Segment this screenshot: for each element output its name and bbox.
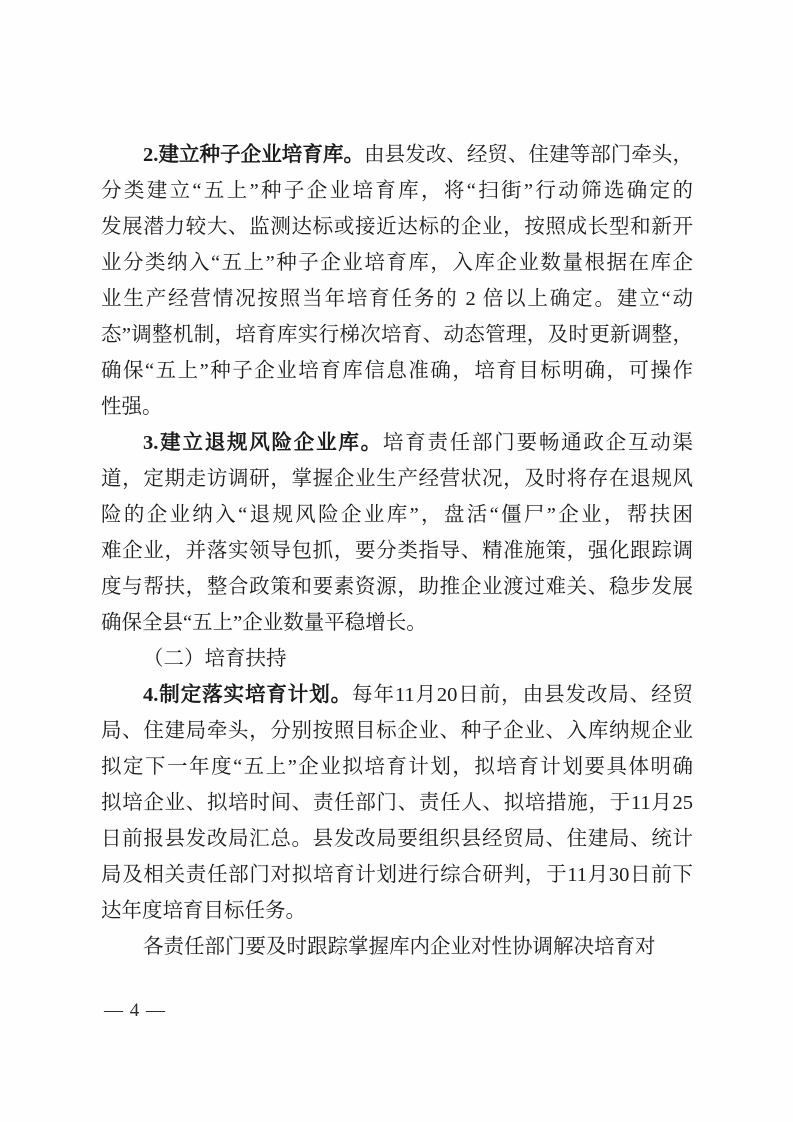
text-line: 2.建立种子企业培育库。由县发改、经贸、住建等部门牵头，: [101, 137, 693, 173]
text-run: 难企业，并落实领导包抓，要分类指导、精准施策，强化跟踪调: [101, 540, 693, 562]
text-line: 性强。: [101, 389, 693, 425]
text-line: 达年度培育目标任务。: [101, 893, 693, 929]
text-run: 各责任部门要及时跟踪掌握库内企业对性协调解决培育对: [143, 936, 656, 958]
text-line: 业生产经营情况按照当年培育任务的 2 倍以上确定。建立“动: [101, 281, 693, 317]
text-run: 培育责任部门要畅通政企互动渠: [383, 432, 693, 454]
text-run: 确保“五上”种子企业培育库信息准确，培育目标明确，可操作: [101, 360, 693, 382]
text-line: 态”调整机制，培育库实行梯次培育、动态管理，及时更新调整，: [101, 317, 693, 353]
document-page: 2.建立种子企业培育库。由县发改、经贸、住建等部门牵头， 分类建立“五上”种子企…: [0, 0, 793, 1122]
text-line: 各责任部门要及时跟踪掌握库内企业对性协调解决培育对: [101, 929, 693, 965]
text-line: 发展潜力较大、监测达标或接近达标的企业，按照成长型和新开: [101, 209, 693, 245]
text-run: 拟培企业、拟培时间、责任部门、责任人、拟培措施，于11月25: [101, 792, 693, 814]
text-run: 态”调整机制，培育库实行梯次培育、动态管理，及时更新调整，: [101, 324, 693, 346]
text-run: 由县发改、经贸、住建等部门牵头，: [364, 144, 693, 166]
text-run: 日前报县发改局汇总。县发改局要组织县经贸局、住建局、统计: [101, 828, 693, 850]
text-line: 险的企业纳入“退规风险企业库”，盘活“僵尸”企业，帮扶困: [101, 497, 693, 533]
bold-run: 4.制定落实培育计划。: [143, 684, 352, 706]
text-run: 每年11月20日前，由县发改局、经贸: [352, 684, 693, 706]
text-run: 道，定期走访调研，掌握企业生产经营状况，及时将存在退规风: [101, 468, 693, 490]
text-line: 分类建立“五上”种子企业培育库，将“扫街”行动筛选确定的: [101, 173, 693, 209]
text-line: 度与帮扶，整合政策和要素资源，助推企业渡过难关、稳步发展: [101, 569, 693, 605]
text-line: 道，定期走访调研，掌握企业生产经营状况，及时将存在退规风: [101, 461, 693, 497]
text-run: 性强。: [101, 396, 163, 418]
text-run: （二）培育扶持: [143, 648, 287, 670]
text-line: 4.制定落实培育计划。每年11月20日前，由县发改局、经贸: [101, 677, 693, 713]
text-line: 确保全县“五上”企业数量平稳增长。: [101, 605, 693, 641]
text-run: 业生产经营情况按照当年培育任务的 2 倍以上确定。建立“动: [101, 288, 693, 310]
text-run: 确保全县“五上”企业数量平稳增长。: [101, 612, 427, 634]
bold-run: 3.建立退规风险企业库。: [143, 432, 383, 454]
document-body: 2.建立种子企业培育库。由县发改、经贸、住建等部门牵头， 分类建立“五上”种子企…: [101, 137, 693, 965]
text-run: 分类建立“五上”种子企业培育库，将“扫街”行动筛选确定的: [101, 180, 693, 202]
text-line: 3.建立退规风险企业库。培育责任部门要畅通政企互动渠: [101, 425, 693, 461]
text-line: 日前报县发改局汇总。县发改局要组织县经贸局、住建局、统计: [101, 821, 693, 857]
bold-run: 2.建立种子企业培育库。: [143, 144, 364, 166]
text-line: 局、住建局牵头，分别按照目标企业、种子企业、入库纳规企业: [101, 713, 693, 749]
text-run: 度与帮扶，整合政策和要素资源，助推企业渡过难关、稳步发展: [101, 576, 693, 598]
page-number: — 4 —: [104, 996, 166, 1026]
text-line: 拟培企业、拟培时间、责任部门、责任人、拟培措施，于11月25: [101, 785, 693, 821]
text-line: 局及相关责任部门对拟培育计划进行综合研判，于11月30日前下: [101, 857, 693, 893]
text-line: 业分类纳入“五上”种子企业培育库，入库企业数量根据在库企: [101, 245, 693, 281]
text-line: 拟定下一年度“五上”企业拟培育计划，拟培育计划要具体明确: [101, 749, 693, 785]
text-line: 确保“五上”种子企业培育库信息准确，培育目标明确，可操作: [101, 353, 693, 389]
text-run: 局、住建局牵头，分别按照目标企业、种子企业、入库纳规企业: [101, 720, 693, 742]
text-run: 拟定下一年度“五上”企业拟培育计划，拟培育计划要具体明确: [101, 756, 693, 778]
text-run: 发展潜力较大、监测达标或接近达标的企业，按照成长型和新开: [101, 216, 693, 238]
text-run: 业分类纳入“五上”种子企业培育库，入库企业数量根据在库企: [101, 252, 693, 274]
text-run: 达年度培育目标任务。: [101, 900, 306, 922]
text-run: 局及相关责任部门对拟培育计划进行综合研判，于11月30日前下: [101, 864, 693, 886]
section-heading: （二）培育扶持: [101, 641, 693, 677]
text-run: 险的企业纳入“退规风险企业库”，盘活“僵尸”企业，帮扶困: [101, 504, 693, 526]
text-line: 难企业，并落实领导包抓，要分类指导、精准施策，强化跟踪调: [101, 533, 693, 569]
